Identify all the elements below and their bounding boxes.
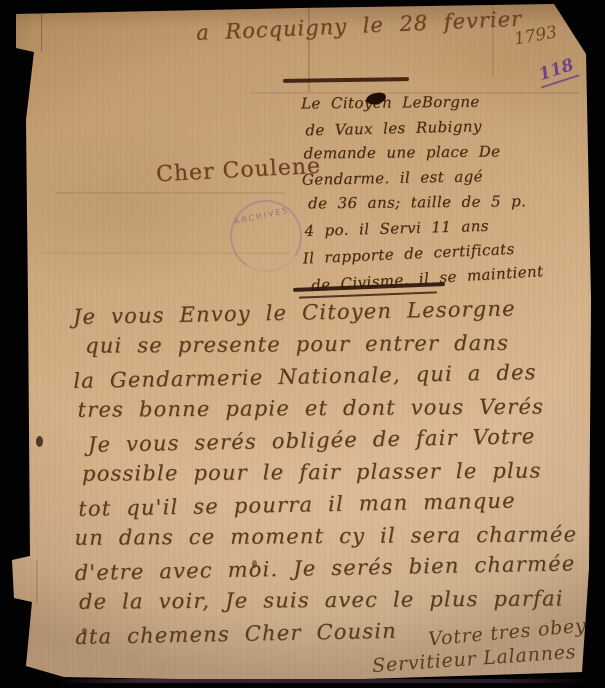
margin-note: Le Citoyen LeBorgne de Vaux les Rubigny …: [301, 89, 589, 292]
paper-blemish: [82, 628, 87, 634]
paper-blemish: [36, 436, 43, 447]
table-edge-highlight: [58, 679, 586, 683]
dateline-text: a Rocquigny le 28 fevrier: [196, 5, 557, 45]
ink-rule-top: [283, 77, 409, 83]
archive-stamp: ARCHIVES: [223, 193, 308, 278]
crease-line: [36, 560, 38, 604]
salutation-text: Cher Coulene: [155, 154, 321, 188]
paper-corner-fold: [16, 13, 42, 52]
letter-paper: a Rocquigny le 28 fevrier 1793 118 Le Ci…: [0, 0, 605, 688]
archive-stamp-label: ARCHIVES: [233, 206, 290, 226]
body-text: Je vous Envoy le Citoyen Lesorgne qui se…: [73, 294, 591, 650]
photo-background: a Rocquigny le 28 fevrier 1793 118 Le Ci…: [0, 0, 605, 688]
paper-blemish: [252, 560, 257, 568]
folio-number: 118: [534, 54, 579, 88]
crease-line: [55, 192, 285, 194]
